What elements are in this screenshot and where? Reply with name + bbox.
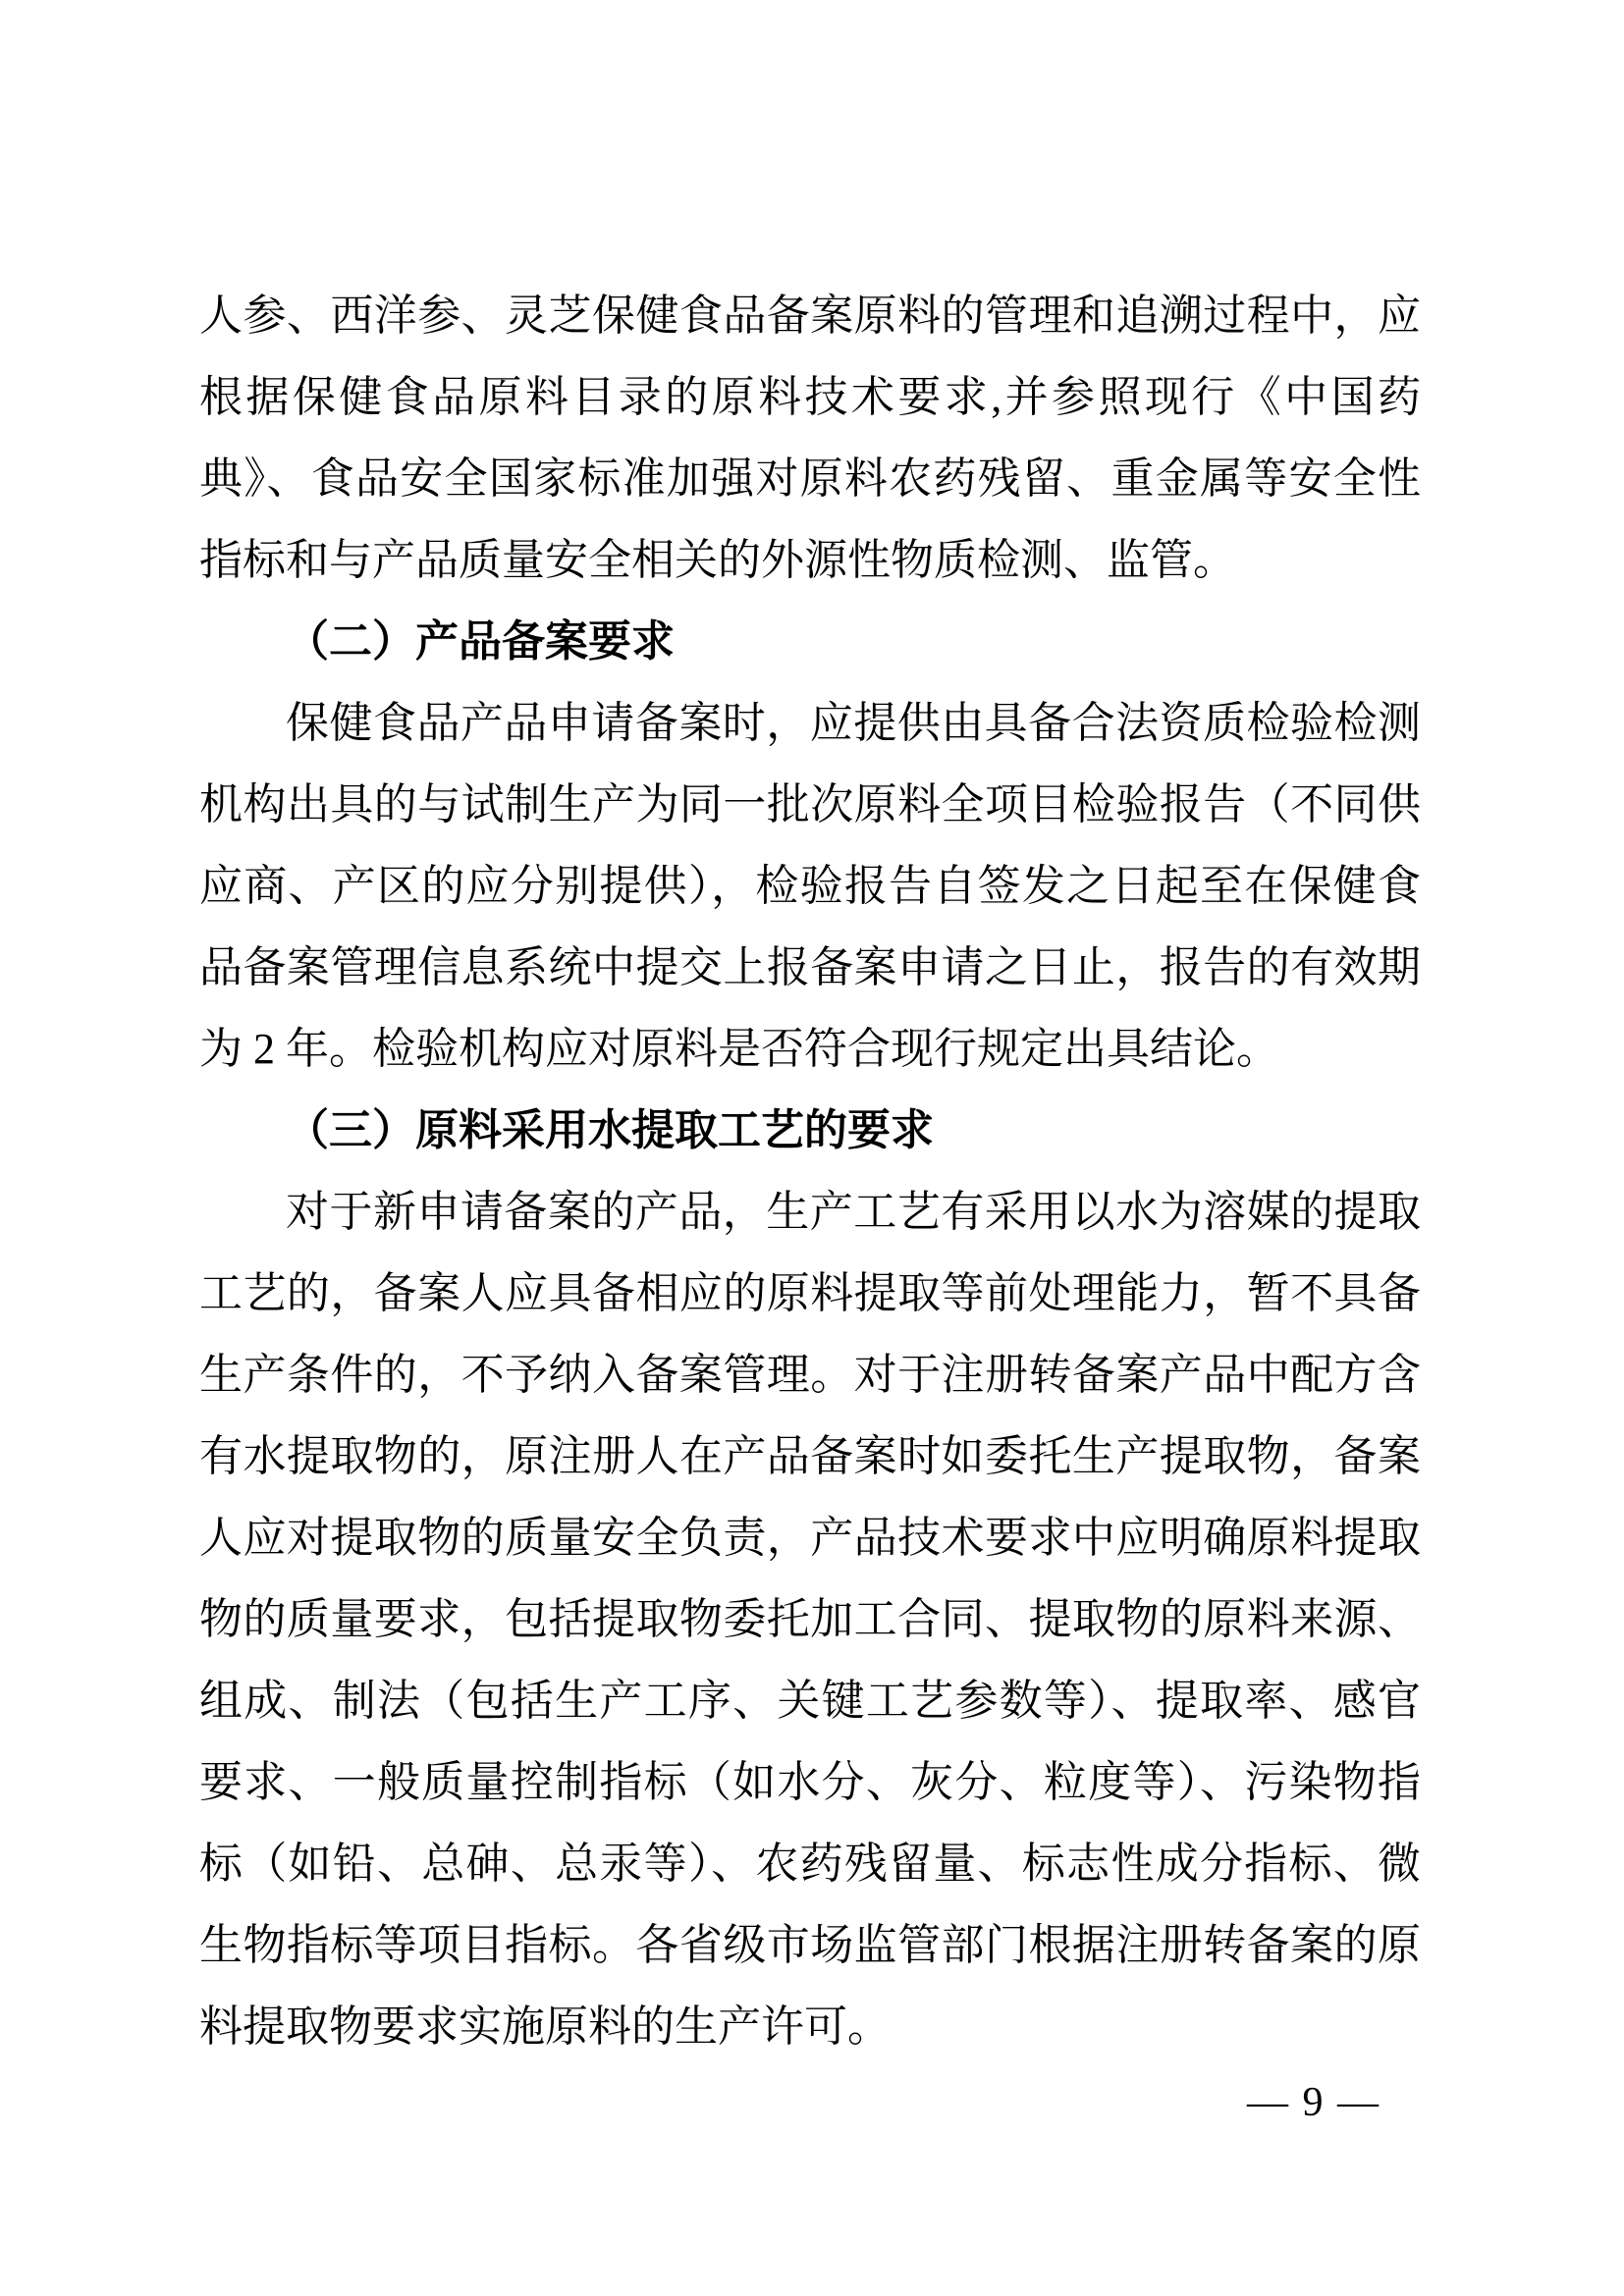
paragraph-water-extraction: 对于新申请备案的产品，生产工艺有采用以水为溶媒的提取工艺的，备案人应具备相应的原… — [199, 1171, 1421, 2067]
page-number: — 9 — — [1247, 2073, 1380, 2132]
paragraph-continuation: 人参、西洋参、灵芝保健食品备案原料的管理和追溯过程中，应根据保健食品原料目录的原… — [199, 275, 1421, 601]
section-heading-2: （二）产品备案要求 — [199, 601, 1421, 682]
document-page: 人参、西洋参、灵芝保健食品备案原料的管理和追溯过程中，应根据保健食品原料目录的原… — [0, 0, 1624, 2296]
document-text-block: 人参、西洋参、灵芝保健食品备案原料的管理和追溯过程中，应根据保健食品原料目录的原… — [199, 275, 1421, 2067]
paragraph-product-filing: 保健食品产品申请备案时，应提供由具备合法资质检验检测机构出具的与试制生产为同一批… — [199, 682, 1421, 1090]
section-heading-3: （三）原料采用水提取工艺的要求 — [199, 1090, 1421, 1171]
